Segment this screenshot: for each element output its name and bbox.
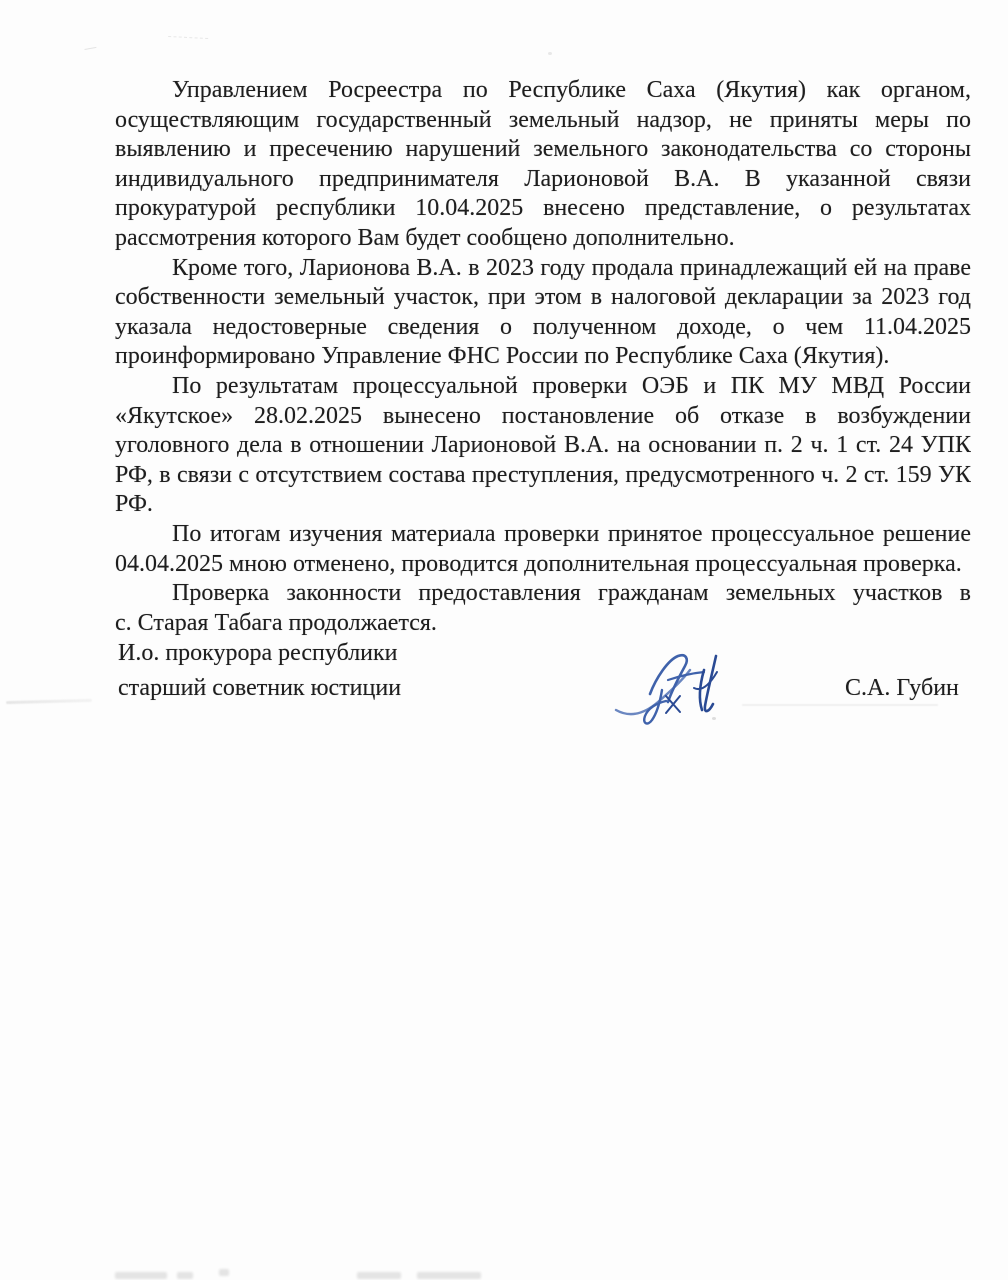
ink-signature: [610, 646, 742, 734]
text-line: рассмотрения которого Вам будет сообщено…: [115, 224, 971, 254]
scan-artifact: [6, 699, 92, 704]
text-line: РФ, в связи с отсутствием состава престу…: [115, 461, 971, 491]
text-line: проинформировано Управление ФНС России п…: [115, 342, 971, 372]
scan-artifact: [168, 36, 208, 45]
text-line: индивидуального предпринимателя Ларионов…: [115, 165, 971, 195]
letter-body: Управлением Росреестра по Республике Сах…: [115, 76, 971, 638]
text-line: РФ.: [115, 490, 971, 520]
text-line: прокуратурой республики 10.04.2025 внесе…: [115, 194, 971, 224]
scan-artifact: [548, 52, 552, 55]
scan-artifact-footer-text-cutoff: [115, 1272, 167, 1279]
scan-artifact: [84, 42, 97, 50]
text-line: Проверка законности предоставления гражд…: [115, 579, 971, 609]
text-line: «Якутское» 28.02.2025 вынесено постановл…: [115, 402, 971, 432]
text-line: Управлением Росреестра по Республике Сах…: [115, 76, 971, 106]
scan-artifact: [742, 704, 938, 706]
scan-artifact-footer-text-cutoff: [177, 1272, 193, 1279]
text-line: Кроме того, Ларионова В.А. в 2023 году п…: [115, 254, 971, 284]
signer-position-line-2: старший советник юстиции: [118, 675, 401, 702]
scan-artifact-footer-text-cutoff: [219, 1269, 229, 1276]
paragraph: Управлением Росреестра по Республике Сах…: [115, 76, 971, 254]
signer-name: С.А. Губин: [845, 675, 959, 702]
text-line: уголовного дела в отношении Ларионовой В…: [115, 431, 971, 461]
text-line: По результатам процессуальной проверки О…: [115, 372, 971, 402]
paragraph: По итогам изучения материала проверки пр…: [115, 520, 971, 579]
text-line: указала недостоверные сведения о получен…: [115, 313, 971, 343]
scanned-letter-page: Управлением Росреестра по Республике Сах…: [0, 0, 1008, 1280]
text-line: 04.04.2025 мною отменено, проводится доп…: [115, 550, 971, 580]
text-line: По итогам изучения материала проверки пр…: [115, 520, 971, 550]
paragraph: Кроме того, Ларионова В.А. в 2023 году п…: [115, 254, 971, 372]
signer-position-line-1: И.о. прокурора республики: [118, 640, 398, 667]
scan-artifact-footer-text-cutoff: [357, 1272, 401, 1279]
scan-artifact-footer-text-cutoff: [417, 1272, 481, 1279]
text-line: выявлению и пресечению нарушений земельн…: [115, 135, 971, 165]
paragraph: Проверка законности предоставления гражд…: [115, 579, 971, 638]
text-line: с. Старая Табага продолжается.: [115, 609, 971, 639]
paragraph: По результатам процессуальной проверки О…: [115, 372, 971, 520]
text-line: собственности земельный участок, при это…: [115, 283, 971, 313]
text-line: осуществляющим государственный земельный…: [115, 106, 971, 136]
